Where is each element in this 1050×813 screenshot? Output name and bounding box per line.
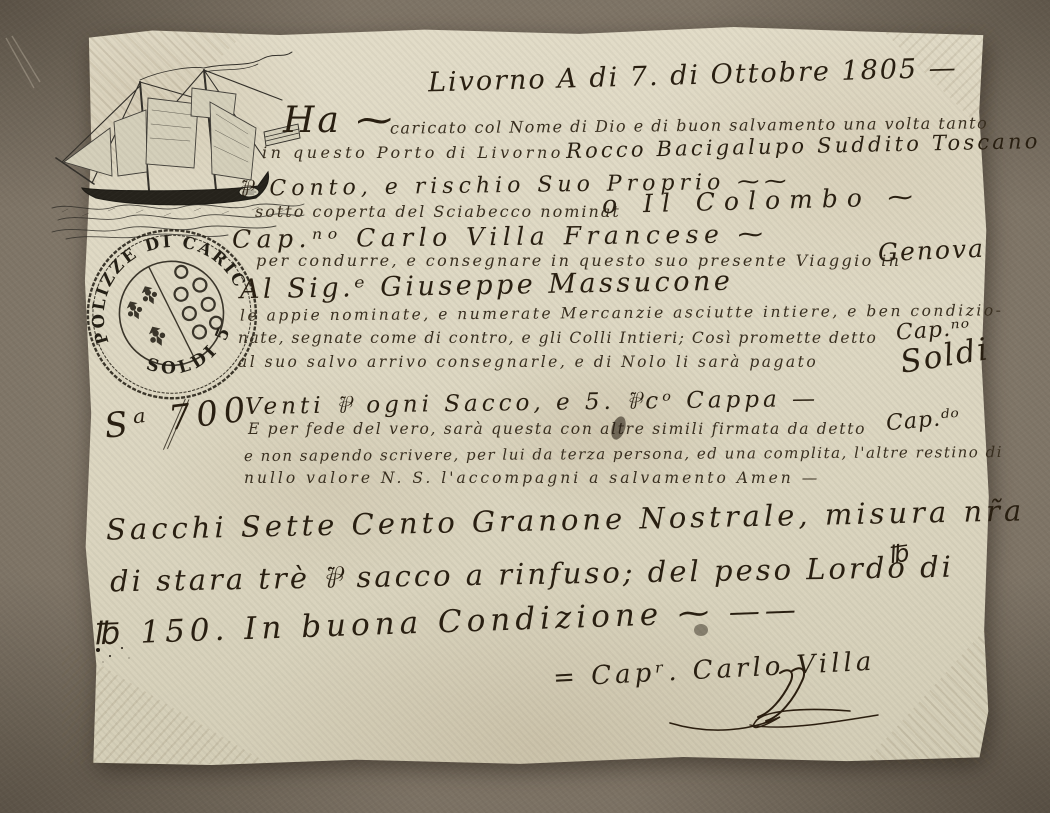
ink-dots <box>96 648 100 652</box>
captain-name-line: Cap.ⁿᵒ Carlo Villa Francese ⁓ <box>232 219 769 254</box>
opening-word-ha: Ha ⁓ <box>283 100 395 141</box>
photograph-of-document: POLIZZE DI CARICO SOLDI 5 Livorno A di 7… <box>0 0 1050 813</box>
form-line-2: in questo Porto di Livorno <box>262 143 564 162</box>
signature-flourish <box>630 665 910 745</box>
board-scratches <box>0 30 80 120</box>
form-line-9: nate, segnate come di contro, e gli Coll… <box>238 329 877 347</box>
form-line-14: nullo valore N. S. l'accompagni a salvam… <box>244 469 820 487</box>
form-line-12: E per fede del vero, sarà questa con alt… <box>248 420 866 438</box>
form-line-6: per condurre, e consegnare in questo suo… <box>256 251 901 270</box>
form-line-10: al suo salvo arrivo consegnarle, e di No… <box>238 353 818 371</box>
destination-port: Genova <box>877 234 985 268</box>
ink-blot-small <box>694 624 708 636</box>
form-line-4: sotto coperta del Sciabecco nominat <box>255 202 621 221</box>
